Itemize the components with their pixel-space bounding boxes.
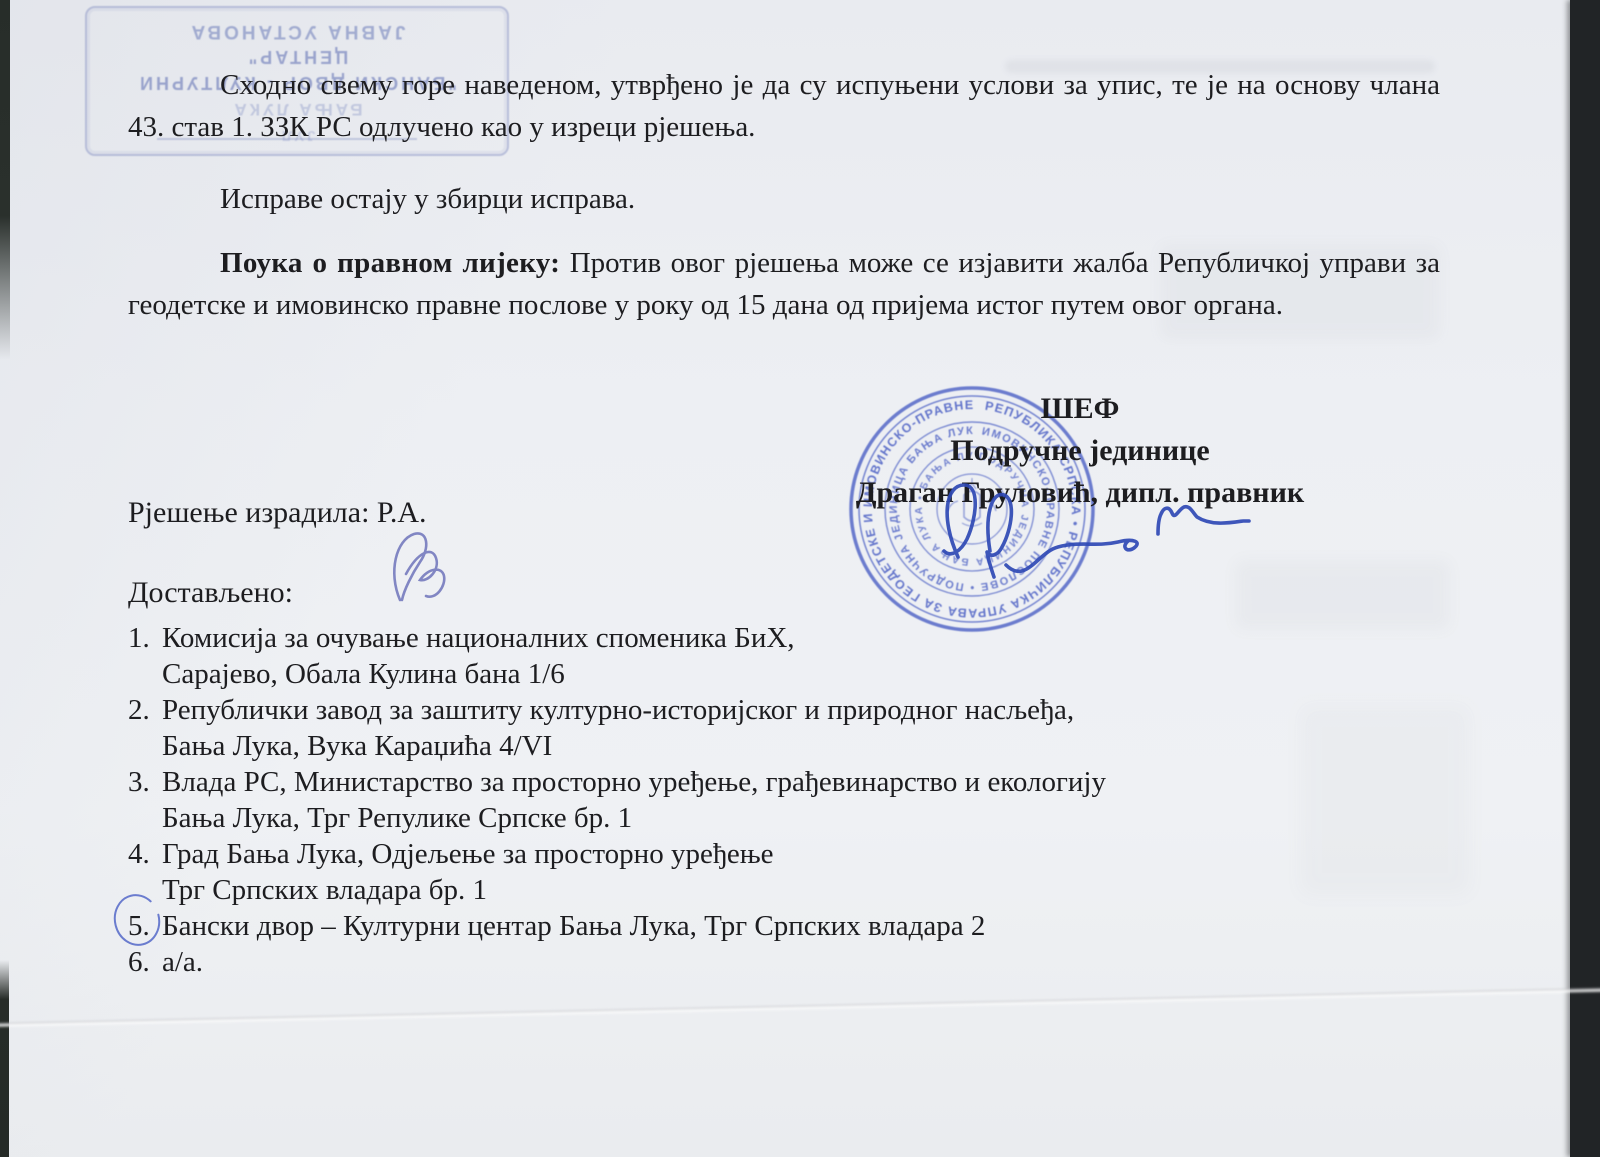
list-item-number: 1. bbox=[128, 620, 162, 692]
list-item-text: Комисија за очување националних споменик… bbox=[162, 620, 1368, 656]
list-item-number: 2. bbox=[128, 692, 162, 764]
delivered-label: Достављено: bbox=[128, 576, 293, 610]
list-item: 4. Град Бања Лука, Одјељење за просторно… bbox=[128, 836, 1368, 908]
list-item-text: Бања Лука, Вука Караџића 4/VI bbox=[162, 728, 1368, 764]
signatory-title: ШЕФ bbox=[830, 388, 1330, 430]
paragraph-records: Исправе остају у збирци исправа. bbox=[220, 178, 635, 220]
paragraph-conclusion: Сходно свему горе наведеном, утврђено је… bbox=[128, 64, 1440, 148]
list-item-text: Бања Лука, Трг Репулике Српске бр. 1 bbox=[162, 800, 1368, 836]
list-item-text: Републички завод за заштиту културно-ист… bbox=[162, 692, 1368, 728]
list-item: 1. Комисија за очување националних споме… bbox=[128, 620, 1368, 692]
list-item-text: Влада РС, Министарство за просторно уређ… bbox=[162, 764, 1368, 800]
list-item: 3. Влада РС, Министарство за просторно у… bbox=[128, 764, 1368, 836]
hand-drawn-circle-item5 bbox=[110, 891, 164, 949]
list-item-text: Трг Српских владара бр. 1 bbox=[162, 872, 1368, 908]
list-item-text: Град Бања Лука, Одјељење за просторно ур… bbox=[162, 836, 1368, 872]
scan-edge-left-bottom bbox=[0, 960, 9, 1157]
list-item-text: а/а. bbox=[162, 944, 1368, 980]
paper-fold-crease bbox=[0, 987, 1600, 1028]
receipt-stamp-line: ЈАВНА УСТАНОВА bbox=[87, 18, 507, 44]
list-item-number: 3. bbox=[128, 764, 162, 836]
handwritten-signature bbox=[880, 455, 1300, 605]
list-item-text: Сарајево, Обала Кулина бана 1/6 bbox=[162, 656, 1368, 692]
delivery-list: 1. Комисија за очување националних споме… bbox=[128, 620, 1368, 980]
handwritten-initials bbox=[370, 512, 470, 617]
list-item-text: Бански двор – Културни центар Бања Лука,… bbox=[162, 908, 1368, 944]
scan-edge-left-top bbox=[0, 0, 10, 360]
scan-edge-right bbox=[1570, 0, 1600, 1157]
scanned-document-page: ЈАВНА УСТАНОВА "БАНСКИ ДВОР - КУЛТУРНИ Ц… bbox=[0, 0, 1600, 1157]
list-item-number: 6. bbox=[128, 944, 162, 980]
paragraph-legal-remedy: Поука о правном лијеку: Против овог рјеш… bbox=[128, 242, 1440, 326]
legal-remedy-label: Поука о правном лијеку: bbox=[220, 247, 560, 279]
list-item: 2. Републички завод за заштиту културно-… bbox=[128, 692, 1368, 764]
list-item: 5. Бански двор – Културни центар Бања Лу… bbox=[128, 908, 1368, 944]
list-item: 6. а/а. bbox=[128, 944, 1368, 980]
